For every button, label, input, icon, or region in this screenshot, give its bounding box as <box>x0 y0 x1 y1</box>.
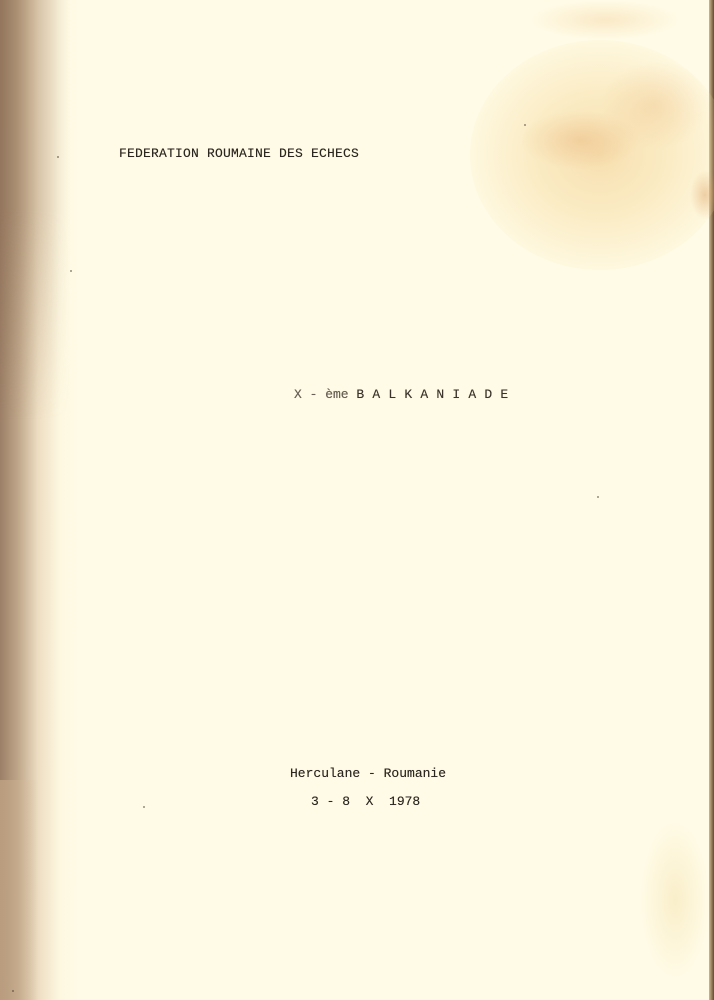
paper-speck <box>12 990 14 992</box>
document-page: FEDERATION ROUMAINE DES ECHECS X - ème B… <box>0 0 714 1000</box>
paper-speck <box>57 156 59 158</box>
paper-speck <box>524 124 526 126</box>
paper-speck <box>70 270 72 272</box>
water-stain <box>530 0 680 40</box>
water-stain <box>470 40 714 270</box>
right-page-edge <box>709 0 714 1000</box>
water-stain <box>640 820 710 980</box>
paper-speck <box>597 496 599 498</box>
event-title: X - ème BALKANIADE <box>294 387 516 402</box>
water-stain <box>520 110 640 170</box>
paper-speck <box>143 806 145 808</box>
left-edge-shadow-dark <box>0 0 70 420</box>
organization-heading: FEDERATION ROUMAINE DES ECHECS <box>119 146 359 161</box>
left-edge-shadow-lower <box>0 780 40 1000</box>
water-stain <box>690 170 714 220</box>
event-location: Herculane - Roumanie <box>290 766 446 781</box>
water-stain <box>600 60 710 150</box>
left-edge-shadow <box>0 0 80 1000</box>
event-dates: 3 - 8 X 1978 <box>311 794 420 809</box>
event-ordinal: X - ème <box>294 387 349 402</box>
event-name: BALKANIADE <box>356 387 516 402</box>
